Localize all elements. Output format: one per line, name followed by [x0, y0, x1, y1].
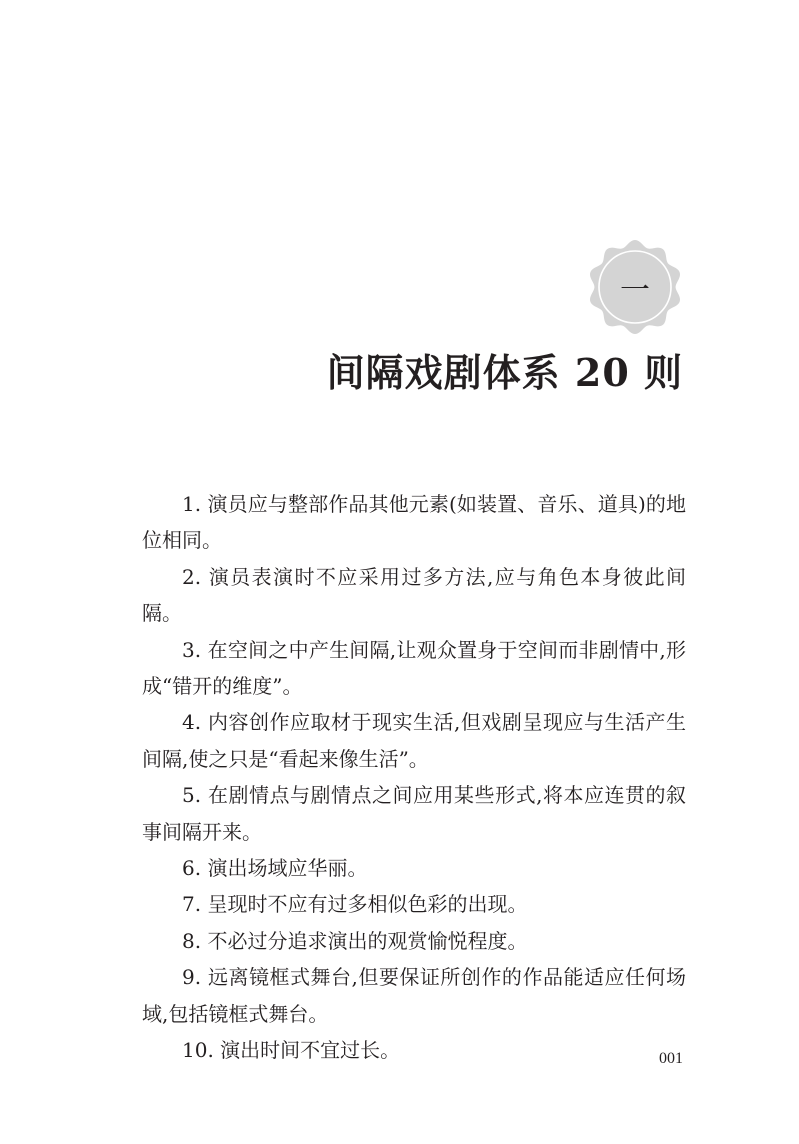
rule-item: 1. 演员应与整部作品其他元素(如装置、音乐、道具)的地位相同。: [142, 486, 686, 559]
rule-item: 5. 在剧情点与剧情点之间应用某些形式,将本应连贯的叙事间隔开来。: [142, 777, 686, 850]
rule-item: 8. 不必过分追求演出的观赏愉悦程度。: [142, 923, 686, 959]
rule-item: 6. 演出场域应华丽。: [142, 850, 686, 886]
rule-item: 7. 呈现时不应有过多相似色彩的出现。: [142, 886, 686, 922]
rule-item: 10. 演出时间不宜过长。: [142, 1032, 686, 1068]
chapter-title: 间隔戏剧体系 20 则: [327, 342, 683, 397]
rules-list: 1. 演员应与整部作品其他元素(如装置、音乐、道具)的地位相同。 2. 演员表演…: [142, 486, 686, 1069]
chapter-number: 一: [584, 236, 686, 338]
page-number: 001: [659, 1050, 683, 1068]
rule-item: 4. 内容创作应取材于现实生活,但戏剧呈现应与生活产生间隔,使之只是“看起来像生…: [142, 704, 686, 777]
rule-item: 9. 远离镜框式舞台,但要保证所创作的作品能适应任何场域,包括镜框式舞台。: [142, 959, 686, 1032]
chapter-badge: 一: [584, 236, 686, 338]
rule-item: 2. 演员表演时不应采用过多方法,应与角色本身彼此间隔。: [142, 559, 686, 632]
rule-item: 3. 在空间之中产生间隔,让观众置身于空间而非剧情中,形成“错开的维度”。: [142, 632, 686, 705]
